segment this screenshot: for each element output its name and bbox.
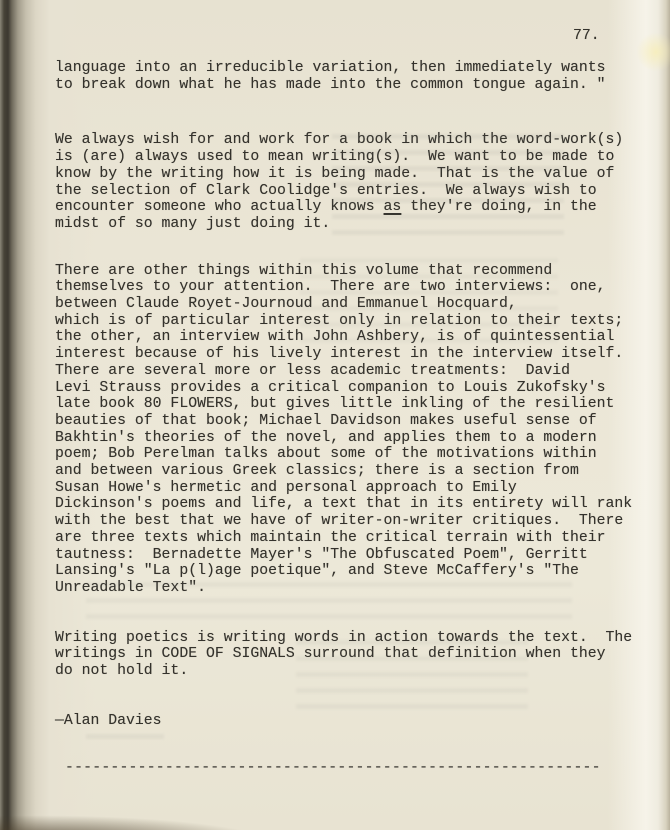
text-line: Writing poetics is writing words in acti… [55,630,647,647]
text-line: beauties of that book; Michael Davidson … [55,413,647,430]
text-line: Levi Strauss provides a critical compani… [55,380,647,397]
text-line: know by the writing how it is being made… [55,166,647,183]
text-line: encounter someone who actually knows as … [55,199,647,216]
text-line: poem; Bob Perelman talks about some of t… [55,446,647,463]
paragraph-4: Writing poetics is writing words in acti… [55,630,647,680]
text-line: There are other things within this volum… [55,263,647,280]
text-line: themselves to your attention. There are … [55,279,647,296]
text-line: Susan Howe's hermetic and personal appro… [55,480,647,497]
text-line: which is of particular interest only in … [55,313,647,330]
text-line: Bakhtin's theories of the novel, and app… [55,430,647,447]
text-line: with the best that we have of writer-on-… [55,513,647,530]
scanned-book-page: 77. language into an irreducible variati… [0,0,670,830]
text-line: midst of so many just doing it. [55,216,647,233]
page-number: 77. [573,28,600,45]
text-line: and between various Greek classics; ther… [55,463,647,480]
paragraph-1: language into an irreducible variation, … [55,60,647,93]
text-line: writings in CODE OF SIGNALS surround tha… [55,646,647,663]
divider-dashed-line: ----------------------------------------… [65,760,647,777]
text-line: We always wish for and work for a book i… [55,132,647,149]
text-column: language into an irreducible variation, … [55,60,647,776]
text-line: There are several more or less academic … [55,363,647,380]
text-line: the selection of Clark Coolidge's entrie… [55,183,647,200]
text-line: Unreadable Text". [55,580,647,597]
text-line: tautness: Bernadette Mayer's "The Obfusc… [55,547,647,564]
paragraph-3: There are other things within this volum… [55,263,647,597]
text-line: interest because of his lively interest … [55,346,647,363]
text-line: do not hold it. [55,663,647,680]
text-line: Dickinson's poems and life, a text that … [55,496,647,513]
paragraphs-container: language into an irreducible variation, … [55,60,647,680]
text-line: to break down what he has made into the … [55,77,647,94]
text-line: Lansing's "La p(l)age poetique", and Ste… [55,563,647,580]
text-line: is (are) always used to mean writing(s).… [55,149,647,166]
author-signature: —Alan Davies [55,713,647,730]
text-line: language into an irreducible variation, … [55,60,647,77]
text-line: between Claude Royet-Journoud and Emmanu… [55,296,647,313]
text-line: late book 80 FLOWERS, but gives little i… [55,396,647,413]
paragraph-2: We always wish for and work for a book i… [55,132,647,232]
text-line: are three texts which maintain the criti… [55,530,647,547]
text-line: the other, an interview with John Ashber… [55,329,647,346]
